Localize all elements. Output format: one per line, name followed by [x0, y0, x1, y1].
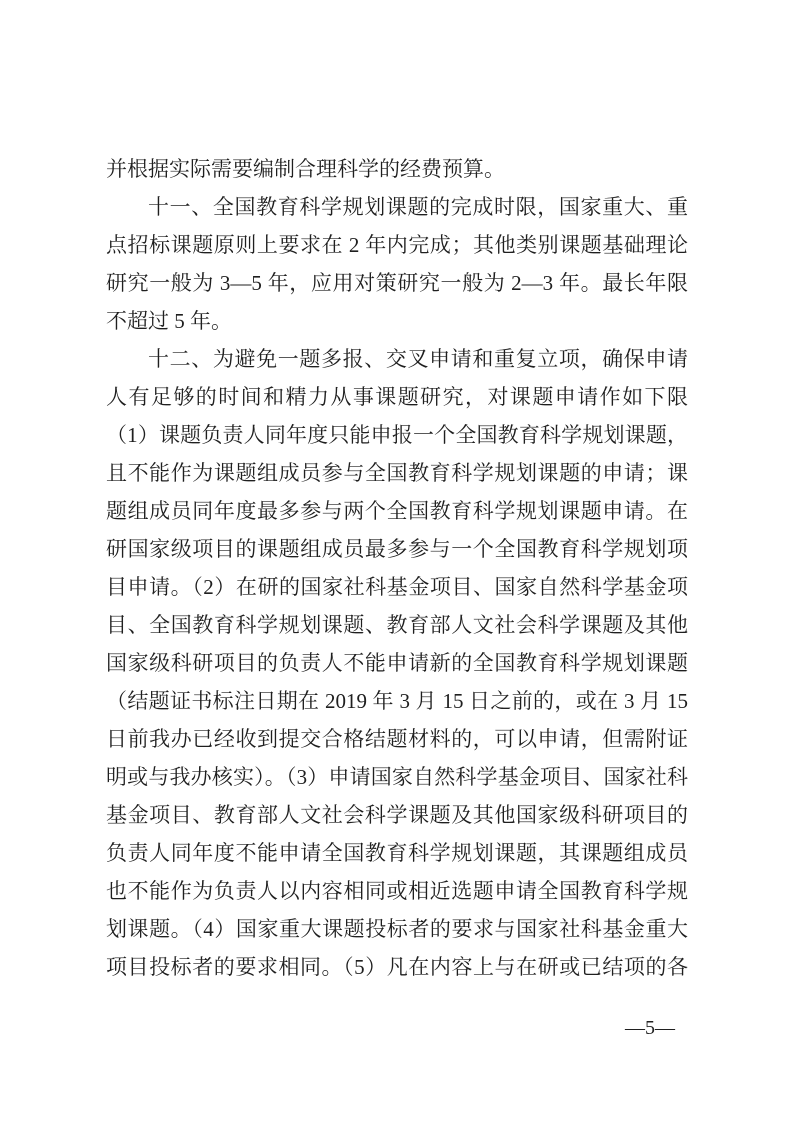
text-line: 题组成员同年度最多参与两个全国教育科学规划课题申请。在: [106, 492, 688, 530]
text-line: 十二、为避免一题多报、交叉申请和重复立项，确保申请: [106, 340, 688, 378]
text-line: 人有足够的时间和精力从事课题研究，对课题申请作如下限定：: [106, 378, 688, 416]
text-line: 负责人同年度不能申请全国教育科学规划课题，其课题组成员: [106, 834, 688, 872]
text-line: 也不能作为负责人以内容相同或相近选题申请全国教育科学规: [106, 872, 688, 910]
text-line: 明或与我办核实）。（3）申请国家自然科学基金项目、国家社科: [106, 758, 688, 796]
text-line: 且不能作为课题组成员参与全国教育科学规划课题的申请；课: [106, 454, 688, 492]
document-body: 并根据实际需要编制合理科学的经费预算。 十一、全国教育科学规划课题的完成时限，国…: [106, 150, 688, 986]
text-line: 划课题。（4）国家重大课题投标者的要求与国家社科基金重大: [106, 910, 688, 948]
text-line: 研国家级项目的课题组成员最多参与一个全国教育科学规划项: [106, 530, 688, 568]
text-line: 十一、全国教育科学规划课题的完成时限，国家重大、重: [106, 188, 688, 226]
text-line: 点招标课题原则上要求在 2 年内完成；其他类别课题基础理论: [106, 226, 688, 264]
text-line: 目申请。（2）在研的国家社科基金项目、国家自然科学基金项: [106, 568, 688, 606]
text-line: （1）课题负责人同年度只能申报一个全国教育科学规划课题，: [106, 416, 688, 454]
text-line: 目、全国教育科学规划课题、教育部人文社会科学课题及其他: [106, 606, 688, 644]
page-number: —5—: [625, 1016, 675, 1040]
text-line: 研究一般为 3—5 年，应用对策研究一般为 2—3 年。最长年限: [106, 264, 688, 302]
text-line: 项目投标者的要求相同。（5）凡在内容上与在研或已结项的各: [106, 948, 688, 986]
text-line: 不超过 5 年。: [106, 302, 688, 340]
document-page: 并根据实际需要编制合理科学的经费预算。 十一、全国教育科学规划课题的完成时限，国…: [0, 0, 793, 1122]
text-line: 日前我办已经收到提交合格结题材料的，可以申请，但需附证: [106, 720, 688, 758]
text-line: （结题证书标注日期在 2019 年 3 月 15 日之前的，或在 3 月 15: [106, 682, 688, 720]
text-line: 国家级科研项目的负责人不能申请新的全国教育科学规划课题: [106, 644, 688, 682]
text-line: 基金项目、教育部人文社会科学课题及其他国家级科研项目的: [106, 796, 688, 834]
text-line: 并根据实际需要编制合理科学的经费预算。: [106, 150, 688, 188]
